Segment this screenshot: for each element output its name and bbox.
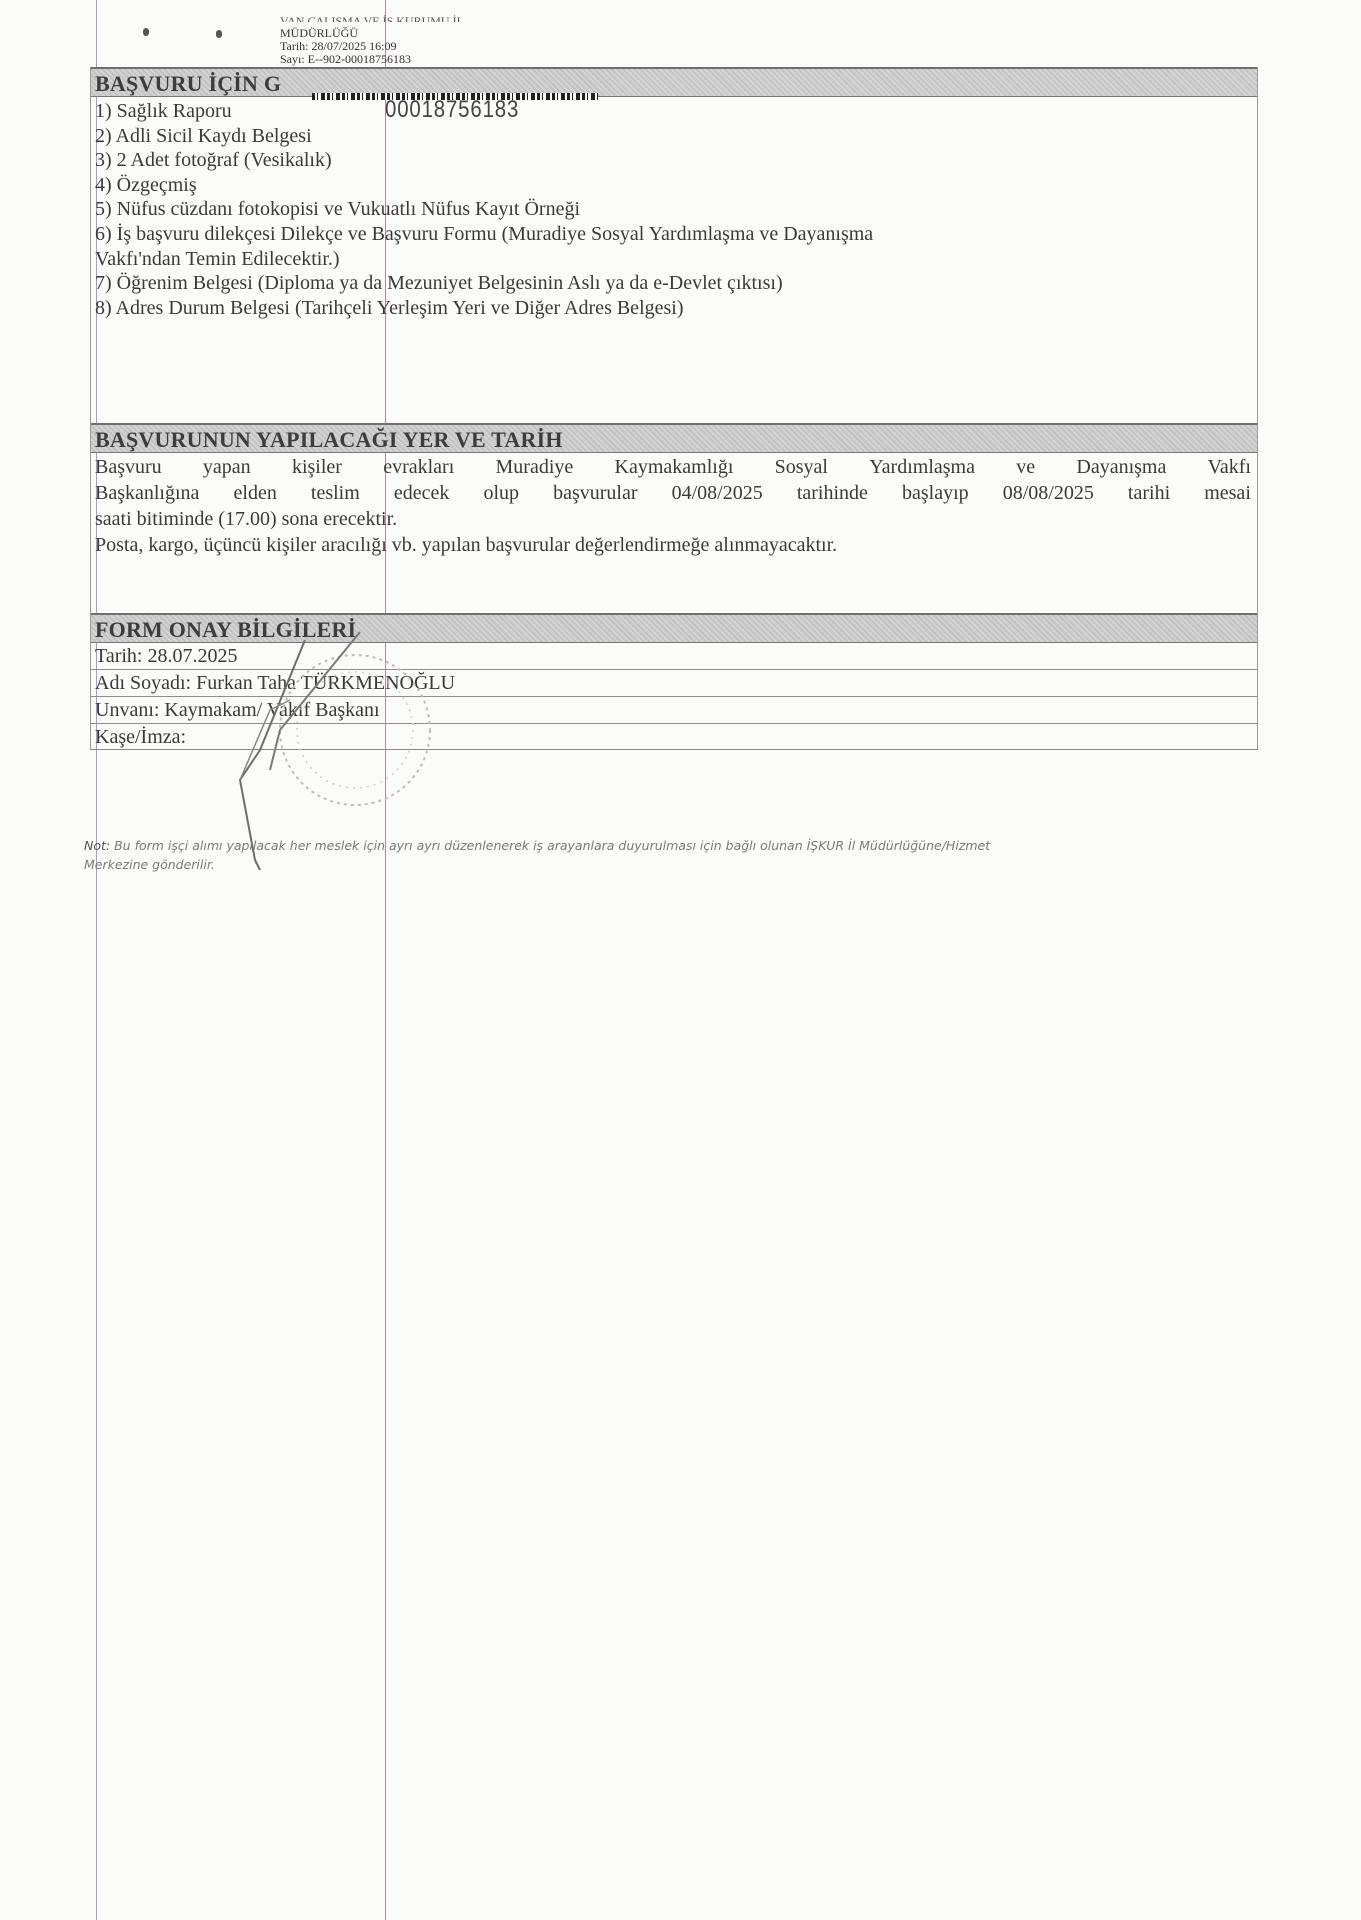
list-item: 8) Adres Durum Belgesi (Tarihçeli Yerleş… bbox=[95, 296, 1257, 321]
registry-stamp: VAN ÇALIŞMA VE İŞ KURUMU İL MÜDÜRLÜĞÜ Ta… bbox=[280, 20, 610, 66]
paragraph-line: BaşvuruyapankişilerevraklarıMuradiyeKaym… bbox=[95, 454, 1251, 480]
word: başlayıp bbox=[902, 480, 969, 506]
word: Başkanlığına bbox=[95, 480, 199, 506]
stamp-number: Sayı: E--902-00018756183 bbox=[280, 53, 610, 66]
word: edecek bbox=[394, 480, 450, 506]
list-item: Vakfı'ndan Temin Edilecektir.) bbox=[95, 247, 1257, 272]
stamp-institution-cut: VAN ÇALIŞMA VE İŞ KURUMU İL bbox=[280, 15, 610, 22]
word: kişiler bbox=[292, 454, 342, 480]
list-item: 7) Öğrenim Belgesi (Diploma ya da Mezuni… bbox=[95, 271, 1257, 296]
word: 08/08/2025 bbox=[1003, 480, 1094, 506]
requirements-title: BAŞVURU İÇİN G bbox=[95, 69, 281, 99]
paragraph-line: Posta, kargo, üçüncü kişiler aracılığı v… bbox=[95, 532, 1251, 558]
list-item: 6) İş başvuru dilekçesi Dilekçe ve Başvu… bbox=[95, 222, 1257, 247]
approval-signature-row: Kaşe/İmza: bbox=[91, 724, 1257, 750]
approval-name-row: Adı Soyadı: Furkan Taha TÜRKMENOĞLU bbox=[91, 670, 1257, 697]
word: ve bbox=[1016, 454, 1035, 480]
approval-title: FORM ONAY BİLGİLERİ bbox=[95, 617, 356, 642]
list-item: 4) Özgeçmiş bbox=[95, 173, 1257, 198]
paragraph-line: Başkanlığınaeldenteslimedecekolupbaşvuru… bbox=[95, 480, 1251, 506]
list-item: 1) Sağlık Raporu bbox=[95, 99, 1257, 124]
place-and-date-section: BAŞVURUNUN YAPILACAĞI YER VE TARİH Başvu… bbox=[90, 423, 1258, 613]
requirements-list: 1) Sağlık Raporu 2) Adli Sicil Kaydı Bel… bbox=[91, 97, 1257, 320]
list-item: 2) Adli Sicil Kaydı Belgesi bbox=[95, 124, 1257, 149]
paragraph-line: saati bitiminde (17.00) sona erecektir. bbox=[95, 506, 1251, 532]
punch-hole-mark bbox=[216, 30, 222, 38]
place-and-date-text: BaşvuruyapankişilerevraklarıMuradiyeKaym… bbox=[91, 453, 1257, 558]
approval-section: FORM ONAY BİLGİLERİ Tarih: 28.07.2025 Ad… bbox=[90, 613, 1258, 750]
section-header-bar bbox=[606, 67, 1257, 97]
section-header: FORM ONAY BİLGİLERİ bbox=[91, 613, 1257, 643]
word: Dayanışma bbox=[1076, 454, 1166, 480]
word: tarihinde bbox=[797, 480, 868, 506]
word: başvurular bbox=[553, 480, 637, 506]
word: Sosyal bbox=[775, 454, 828, 480]
footer-note: Not: Bu form işçi alımı yapılacak her me… bbox=[84, 836, 1264, 874]
word: Başvuru bbox=[95, 454, 162, 480]
word: tarihi bbox=[1128, 480, 1170, 506]
word: 04/08/2025 bbox=[672, 480, 763, 506]
word: Kaymakamlığı bbox=[615, 454, 734, 480]
word: elden bbox=[234, 480, 277, 506]
place-and-date-title: BAŞVURUNUN YAPILACAĞI YER VE TARİH bbox=[95, 427, 563, 452]
word: olup bbox=[483, 480, 519, 506]
punch-hole-mark bbox=[143, 28, 149, 36]
approval-title-row: Unvanı: Kaymakam/ Vakıf Başkanı bbox=[91, 697, 1257, 724]
word: Yardımlaşma bbox=[869, 454, 975, 480]
word: Muradiye bbox=[496, 454, 574, 480]
note-label: Not: bbox=[84, 838, 110, 853]
word: mesai bbox=[1204, 480, 1251, 506]
list-item: 3) 2 Adet fotoğraf (Vesikalık) bbox=[95, 148, 1257, 173]
note-text: Bu form işçi alımı yapılacak her meslek … bbox=[110, 838, 990, 853]
word: yapan bbox=[203, 454, 251, 480]
list-item: 5) Nüfus cüzdanı fotokopisi ve Vukuatlı … bbox=[95, 197, 1257, 222]
approval-date-row: Tarih: 28.07.2025 bbox=[91, 643, 1257, 670]
note-text-line2: Merkezine gönderilir. bbox=[84, 857, 215, 872]
requirements-section: BAŞVURU İÇİN G 1) Sağlık Raporu 2) Adli … bbox=[90, 67, 1258, 423]
barcode-number: 00018756183 bbox=[385, 96, 519, 124]
section-header: BAŞVURUNUN YAPILACAĞI YER VE TARİH bbox=[91, 423, 1257, 453]
word: Vakfı bbox=[1208, 454, 1251, 480]
word: evrakları bbox=[383, 454, 454, 480]
word: teslim bbox=[311, 480, 360, 506]
